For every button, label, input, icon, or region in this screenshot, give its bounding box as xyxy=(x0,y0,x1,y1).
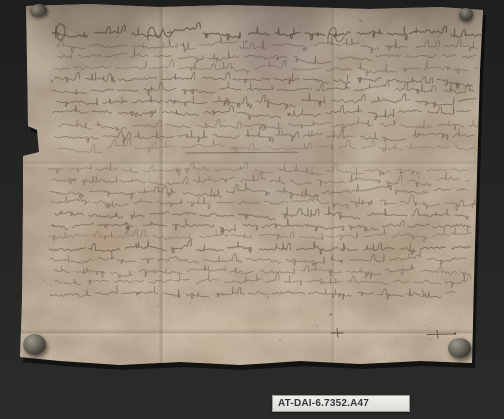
fastening-pin-bottom-left xyxy=(23,334,46,355)
manuscript-text xyxy=(0,0,504,419)
photo-background: AT-DAI-6.7352.A47 xyxy=(0,0,504,419)
shelfmark-label: AT-DAI-6.7352.A47 xyxy=(272,395,410,412)
fastening-pin-bottom-right xyxy=(448,338,471,358)
shelfmark-text: AT-DAI-6.7352.A47 xyxy=(278,398,369,409)
parchment-document xyxy=(0,0,504,419)
